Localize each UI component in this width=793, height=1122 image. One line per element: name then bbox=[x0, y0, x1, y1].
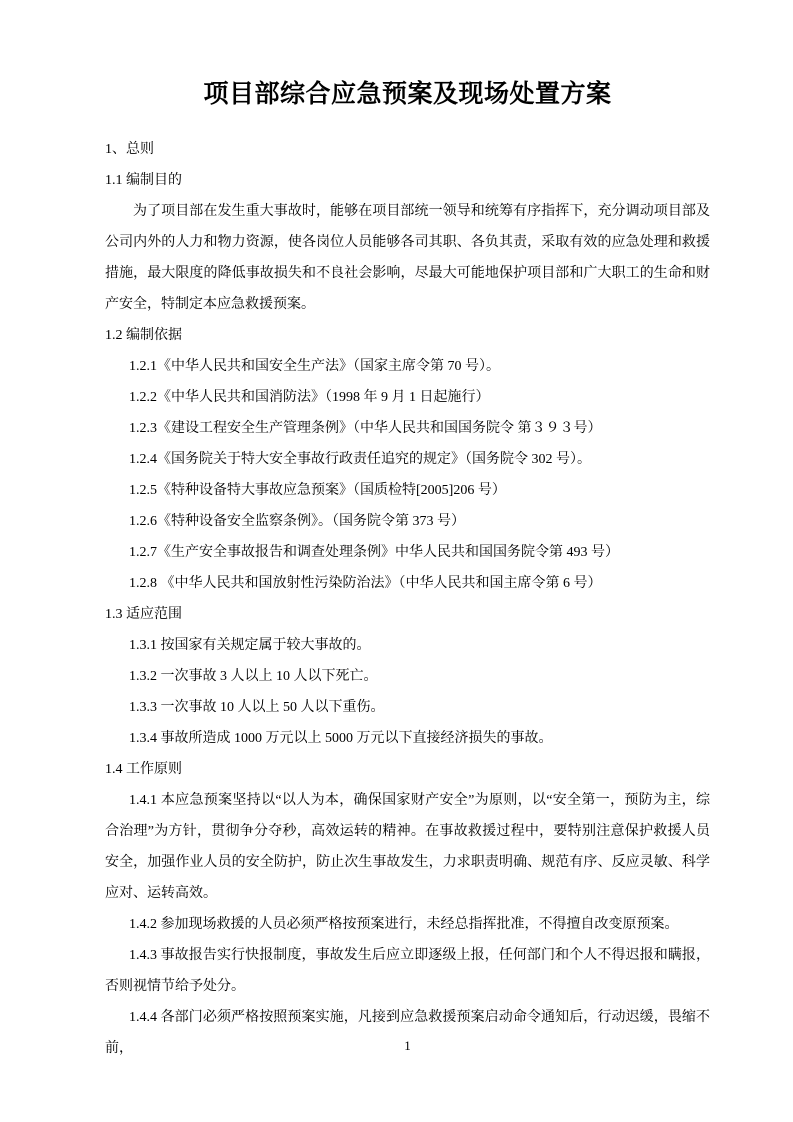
item-1-4-1: 1.4.1 本应急预案坚持以“以人为本，确保国家财产安全”为原则，以“安全第一，… bbox=[105, 785, 710, 909]
heading-1: 1、总则 bbox=[105, 134, 710, 165]
item-1-3-1: 1.3.1 按国家有关规定属于较大事故的。 bbox=[105, 630, 710, 661]
item-1-4-3: 1.4.3 事故报告实行快报制度，事故发生后应立即逐级上报，任何部门和个人不得迟… bbox=[105, 940, 710, 1002]
item-1-2-5: 1.2.5《特种设备特大事故应急预案》（国质检特[2005]206 号） bbox=[105, 475, 710, 506]
document-page: 项目部综合应急预案及现场处置方案 1、总则 1.1 编制目的 为了项目部在发生重… bbox=[0, 0, 793, 1122]
heading-1-3: 1.3 适应范围 bbox=[105, 599, 710, 630]
item-1-3-3: 1.3.3 一次事故 10 人以上 50 人以下重伤。 bbox=[105, 692, 710, 723]
item-1-2-8: 1.2.8 《中华人民共和国放射性污染防治法》（中华人民共和国主席令第 6 号） bbox=[105, 568, 710, 599]
item-1-3-4: 1.3.4 事故所造成 1000 万元以上 5000 万元以下直接经济损失的事故… bbox=[105, 723, 710, 754]
item-1-2-1: 1.2.1《中华人民共和国安全生产法》（国家主席令第 70 号）。 bbox=[105, 351, 710, 382]
heading-1-2: 1.2 编制依据 bbox=[105, 320, 710, 351]
paragraph-1-1: 为了项目部在发生重大事故时，能够在项目部统一领导和统筹有序指挥下，充分调动项目部… bbox=[105, 196, 710, 320]
item-1-2-3: 1.2.3《建设工程安全生产管理条例》（中华人民共和国国务院令 第３９３号） bbox=[105, 413, 710, 444]
heading-1-1: 1.1 编制目的 bbox=[105, 165, 710, 196]
page-number: 1 bbox=[105, 1036, 710, 1056]
item-1-2-4: 1.2.4《国务院关于特大安全事故行政责任追究的规定》（国务院令 302 号）。 bbox=[105, 444, 710, 475]
item-1-3-2: 1.3.2 一次事故 3 人以上 10 人以下死亡。 bbox=[105, 661, 710, 692]
item-1-2-7: 1.2.7《生产安全事故报告和调查处理条例》中华人民共和国国务院令第 493 号… bbox=[105, 537, 710, 568]
heading-1-4: 1.4 工作原则 bbox=[105, 754, 710, 785]
item-1-2-2: 1.2.2《中华人民共和国消防法》（1998 年 9 月 1 日起施行） bbox=[105, 382, 710, 413]
item-1-2-6: 1.2.6《特种设备安全监察条例》。（国务院令第 373 号） bbox=[105, 506, 710, 537]
document-title: 项目部综合应急预案及现场处置方案 bbox=[105, 76, 710, 114]
item-1-4-2: 1.4.2 参加现场救援的人员必须严格按预案进行，未经总指挥批准，不得擅自改变原… bbox=[105, 909, 710, 940]
